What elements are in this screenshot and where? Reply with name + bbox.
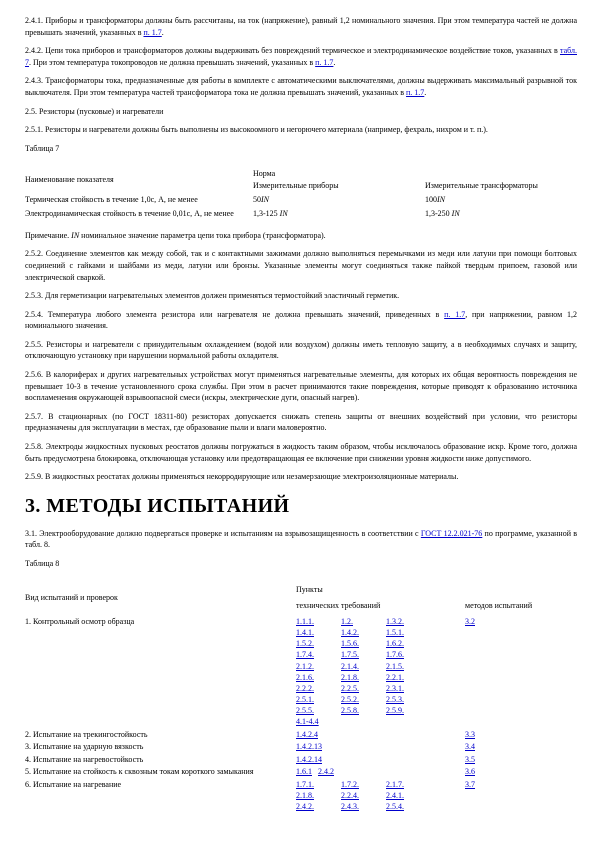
table7-subheader-transformers: Измерительные трансформаторы <box>425 180 538 192</box>
requirement-clause-links: 1.6.12.4.2 <box>296 766 465 777</box>
clause-link[interactable]: 1.5.1. <box>386 627 431 638</box>
link-line: 1.7.4.1.7.5.1.7.6. <box>296 649 465 660</box>
clause-2-5-7: 2.5.7. В стационарных (по ГОСТ 18311-80)… <box>25 411 577 434</box>
value-number: 1,3-125 <box>253 209 280 218</box>
clause-link[interactable]: 2.5.5. <box>296 705 341 716</box>
clause-link[interactable]: 2.4.1. <box>386 790 431 801</box>
clause-link[interactable]: 2.2.4. <box>341 790 386 801</box>
table7-value: 1,3-250 IN <box>425 208 460 220</box>
clause-2-5-2: 2.5.2. Соединение элементов как между со… <box>25 248 577 283</box>
link-line: 2.4.2.2.4.3.2.5.4. <box>296 801 465 812</box>
link-line: 1.4.1.1.4.2.1.5.1. <box>296 627 465 638</box>
clause-link[interactable]: 2.1.2. <box>296 661 341 672</box>
table8-subheader-methods: методов испытаний <box>465 600 577 612</box>
clause-link[interactable]: 2.1.6. <box>296 672 341 683</box>
section-3-heading: 3. МЕТОДЫ ИСПЫТАНИЙ <box>25 493 577 519</box>
clause-link[interactable]: 2.4.2. <box>296 801 341 812</box>
link-line: 4.1-4.4 <box>296 716 465 727</box>
table8-caption: Таблица 8 <box>25 558 577 570</box>
table8-row: 6. Испытание на нагревание1.7.1.1.7.2.2.… <box>25 779 577 813</box>
value-number: 1,3-250 <box>425 209 452 218</box>
value-symbol: IN <box>71 231 79 240</box>
table7-value: 1,3-125 IN <box>253 208 425 220</box>
link-line: 2.1.8.2.2.4.2.4.1. <box>296 790 465 801</box>
clause-link[interactable]: 2.5.9. <box>386 705 431 716</box>
table7-row-name: Электродинамическая стойкость в течение … <box>25 208 253 220</box>
value-symbol: IN <box>261 195 269 204</box>
link-line: 1.7.1.1.7.2.2.1.7. <box>296 779 465 790</box>
requirement-clause-links: 1.4.2.13 <box>296 741 465 752</box>
clause-link[interactable]: 2.5.4. <box>386 801 431 812</box>
method-cell: 3.7 <box>465 779 577 791</box>
link-p-1-7[interactable]: п. 1.7 <box>315 58 333 67</box>
clause-link[interactable]: 1.7.4. <box>296 649 341 660</box>
clause-2-5-title: 2.5. Резисторы (пусковые) и нагреватели <box>25 106 577 118</box>
clause-text: . При этом температура токопроводов не д… <box>29 58 315 67</box>
test-type-label: 2. Испытание на трекингостойкость <box>25 729 296 741</box>
clause-link[interactable]: 2.2.5. <box>341 683 386 694</box>
clause-link[interactable]: 1.1.1. <box>296 616 341 627</box>
clause-link[interactable]: 1.5.6. <box>341 638 386 649</box>
clause-link[interactable]: 2.1.8. <box>296 790 341 801</box>
clause-link[interactable]: 1.4.2.14 <box>296 754 322 765</box>
method-cell: 3.4 <box>465 741 577 753</box>
link-p-1-7[interactable]: п. 1.7 <box>143 28 161 37</box>
link-line: 1.4.2.13 <box>296 741 465 752</box>
table8-row: 3. Испытание на ударную вязкость1.4.2.13… <box>25 741 577 753</box>
link-line: 1.4.2.4 <box>296 729 465 740</box>
clause-link[interactable]: 2.1.5. <box>386 661 431 672</box>
method-link[interactable]: 3.2 <box>465 617 475 626</box>
clause-2-5-9: 2.5.9. В жидкостных реостатах должны при… <box>25 471 577 483</box>
clause-link[interactable]: 2.2.1. <box>386 672 431 683</box>
table-7: Наименование показателя Норма Измеритель… <box>25 168 577 219</box>
table-8: Вид испытаний и проверок Пункты техничес… <box>25 584 577 813</box>
method-link[interactable]: 3.4 <box>465 742 475 751</box>
clause-link[interactable]: 1.4.1. <box>296 627 341 638</box>
method-cell: 3.2 <box>465 616 577 628</box>
table7-row: Термическая стойкость в течение 1,0с, А,… <box>25 194 577 206</box>
method-link[interactable]: 3.6 <box>465 767 475 776</box>
clause-link[interactable]: 1.2. <box>341 616 386 627</box>
method-cell: 3.3 <box>465 729 577 741</box>
clause-link[interactable]: 1.6.1 <box>296 766 312 777</box>
clause-link[interactable]: 1.7.1. <box>296 779 341 790</box>
value-number: 100 <box>425 195 437 204</box>
clause-link[interactable]: 2.5.3. <box>386 694 431 705</box>
link-p-1-7[interactable]: п. 1.7 <box>406 88 424 97</box>
table7-subheader-devices: Измерительные приборы <box>253 180 425 192</box>
method-link[interactable]: 3.5 <box>465 755 475 764</box>
clause-link[interactable]: 2.2.2. <box>296 683 341 694</box>
table7-value: 100IN <box>425 194 445 206</box>
clause-2-5-6: 2.5.6. В калориферах и других нагревател… <box>25 369 577 404</box>
clause-text: 3.1. Электрооборудование должно подверга… <box>25 529 421 538</box>
table8-header: Вид испытаний и проверок Пункты техничес… <box>25 584 577 612</box>
table7-group-header: Норма <box>253 168 577 180</box>
requirement-clause-links: 1.1.1.1.2.1.3.2.1.4.1.1.4.2.1.5.1.1.5.2.… <box>296 616 465 728</box>
clause-link[interactable]: 2.5.1. <box>296 694 341 705</box>
value-symbol: IN <box>280 209 288 218</box>
clause-text: 2.4.1. Приборы и трансформаторы должны б… <box>25 16 577 37</box>
link-line: 1.5.2.1.5.6.1.6.2. <box>296 638 465 649</box>
table8-row: 4. Испытание на нагревостойкость1.4.2.14… <box>25 754 577 766</box>
clause-2-4-2: 2.4.2. Цепи тока приборов и трансформато… <box>25 45 577 68</box>
test-type-label: 5. Испытание на стойкость к сквозным ток… <box>25 766 296 778</box>
test-type-label: 4. Испытание на нагревостойкость <box>25 754 296 766</box>
clause-link[interactable]: 2.5.8. <box>341 705 386 716</box>
clause-2-4-3: 2.4.3. Трансформаторы тока, предназначен… <box>25 75 577 98</box>
clause-2-5-5: 2.5.5. Резисторы и нагреватели с принуди… <box>25 339 577 362</box>
clause-2-5-1: 2.5.1. Резисторы и нагреватели должны бы… <box>25 124 577 136</box>
value-symbol: IN <box>437 195 445 204</box>
clause-3-1: 3.1. Электрооборудование должно подверга… <box>25 528 577 551</box>
table7-caption: Таблица 7 <box>25 143 577 155</box>
clause-link[interactable]: 2.1.7. <box>386 779 431 790</box>
clause-link[interactable]: 1.5.2. <box>296 638 341 649</box>
link-line: 2.1.2.2.1.4.2.1.5. <box>296 661 465 672</box>
link-line: 2.5.1.2.5.2.2.5.3. <box>296 694 465 705</box>
requirement-clause-links: 1.4.2.14 <box>296 754 465 765</box>
clause-text: . <box>424 88 426 97</box>
table7-row-name: Термическая стойкость в течение 1,0с, А,… <box>25 194 253 206</box>
method-link[interactable]: 3.7 <box>465 780 475 789</box>
clause-text: 2.4.2. Цепи тока приборов и трансформато… <box>25 46 560 55</box>
method-cell: 3.6 <box>465 766 577 778</box>
table7-row: Электродинамическая стойкость в течение … <box>25 208 577 220</box>
clause-text: 2.4.3. Трансформаторы тока, предназначен… <box>25 76 577 97</box>
clause-link[interactable]: 2.4.3. <box>341 801 386 812</box>
clause-link[interactable]: 1.7.5. <box>341 649 386 660</box>
clause-link[interactable]: 2.4.2 <box>318 766 334 777</box>
table8-row: 5. Испытание на стойкость к сквозным ток… <box>25 766 577 778</box>
method-link[interactable]: 3.3 <box>465 730 475 739</box>
clause-2-5-8: 2.5.8. Электроды жидкостных пусковых рео… <box>25 441 577 464</box>
method-cell: 3.5 <box>465 754 577 766</box>
link-line: 1.6.12.4.2 <box>296 766 465 777</box>
table8-row: 2. Испытание на трекингостойкость1.4.2.4… <box>25 729 577 741</box>
clause-2-5-4: 2.5.4. Температура любого элемента резис… <box>25 309 577 332</box>
clause-link[interactable]: 2.3.1. <box>386 683 431 694</box>
clause-link[interactable]: 1.4.2.4 <box>296 729 318 740</box>
link-gost-12-2-021-76[interactable]: ГОСТ 12.2.021-76 <box>421 529 482 538</box>
test-type-label: 3. Испытание на ударную вязкость <box>25 741 296 753</box>
clause-link[interactable]: 2.1.8. <box>341 672 386 683</box>
clause-link[interactable]: 1.7.6. <box>386 649 431 660</box>
clause-link[interactable]: 2.1.4. <box>341 661 386 672</box>
clause-link[interactable]: 1.4.2. <box>341 627 386 638</box>
link-line: 2.1.6.2.1.8.2.2.1. <box>296 672 465 683</box>
table7-note: Примечание. IN номинальное значение пара… <box>25 230 577 242</box>
clause-link[interactable]: 4.1-4.4 <box>296 716 319 727</box>
link-line: 2.2.2.2.2.5.2.3.1. <box>296 683 465 694</box>
requirement-clause-links: 1.4.2.4 <box>296 729 465 740</box>
table7-header: Наименование показателя Норма Измеритель… <box>25 168 577 191</box>
clause-link[interactable]: 1.7.2. <box>341 779 386 790</box>
link-line: 1.1.1.1.2.1.3.2. <box>296 616 465 627</box>
clause-link[interactable]: 1.6.2. <box>386 638 431 649</box>
table8-subheader-requirements: технических требований <box>296 600 465 612</box>
link-p-1-7[interactable]: п. 1.7 <box>444 310 465 319</box>
table7-col-header: Наименование показателя <box>25 174 253 186</box>
table8-col1-header: Вид испытаний и проверок <box>25 592 296 604</box>
clause-link[interactable]: 1.3.2. <box>386 616 431 627</box>
link-line: 1.4.2.14 <box>296 754 465 765</box>
clause-link[interactable]: 1.4.2.13 <box>296 741 322 752</box>
note-text: номинальное значение параметра цепи тока… <box>79 231 326 240</box>
test-type-label: 1. Контрольный осмотр образца <box>25 616 296 628</box>
table7-value: 50IN <box>253 194 425 206</box>
clause-text: 2.5.4. Температура любого элемента резис… <box>25 310 444 319</box>
document-page: 2.4.1. Приборы и трансформаторы должны б… <box>0 0 595 842</box>
clause-text: . <box>162 28 164 37</box>
table8-row: 1. Контрольный осмотр образца1.1.1.1.2.1… <box>25 616 577 728</box>
value-number: 50 <box>253 195 261 204</box>
test-type-label: 6. Испытание на нагревание <box>25 779 296 791</box>
table8-body: 1. Контрольный осмотр образца1.1.1.1.2.1… <box>25 616 577 813</box>
clause-text: . <box>333 58 335 67</box>
table8-group-header: Пункты <box>296 584 577 596</box>
clause-2-5-3: 2.5.3. Для герметизации нагревательных э… <box>25 290 577 302</box>
requirement-clause-links: 1.7.1.1.7.2.2.1.7.2.1.8.2.2.4.2.4.1.2.4.… <box>296 779 465 813</box>
link-line: 2.5.5.2.5.8.2.5.9. <box>296 705 465 716</box>
clause-link[interactable]: 2.5.2. <box>341 694 386 705</box>
note-text: Примечание. <box>25 231 71 240</box>
clause-2-4-1: 2.4.1. Приборы и трансформаторы должны б… <box>25 15 577 38</box>
value-symbol: IN <box>452 209 460 218</box>
